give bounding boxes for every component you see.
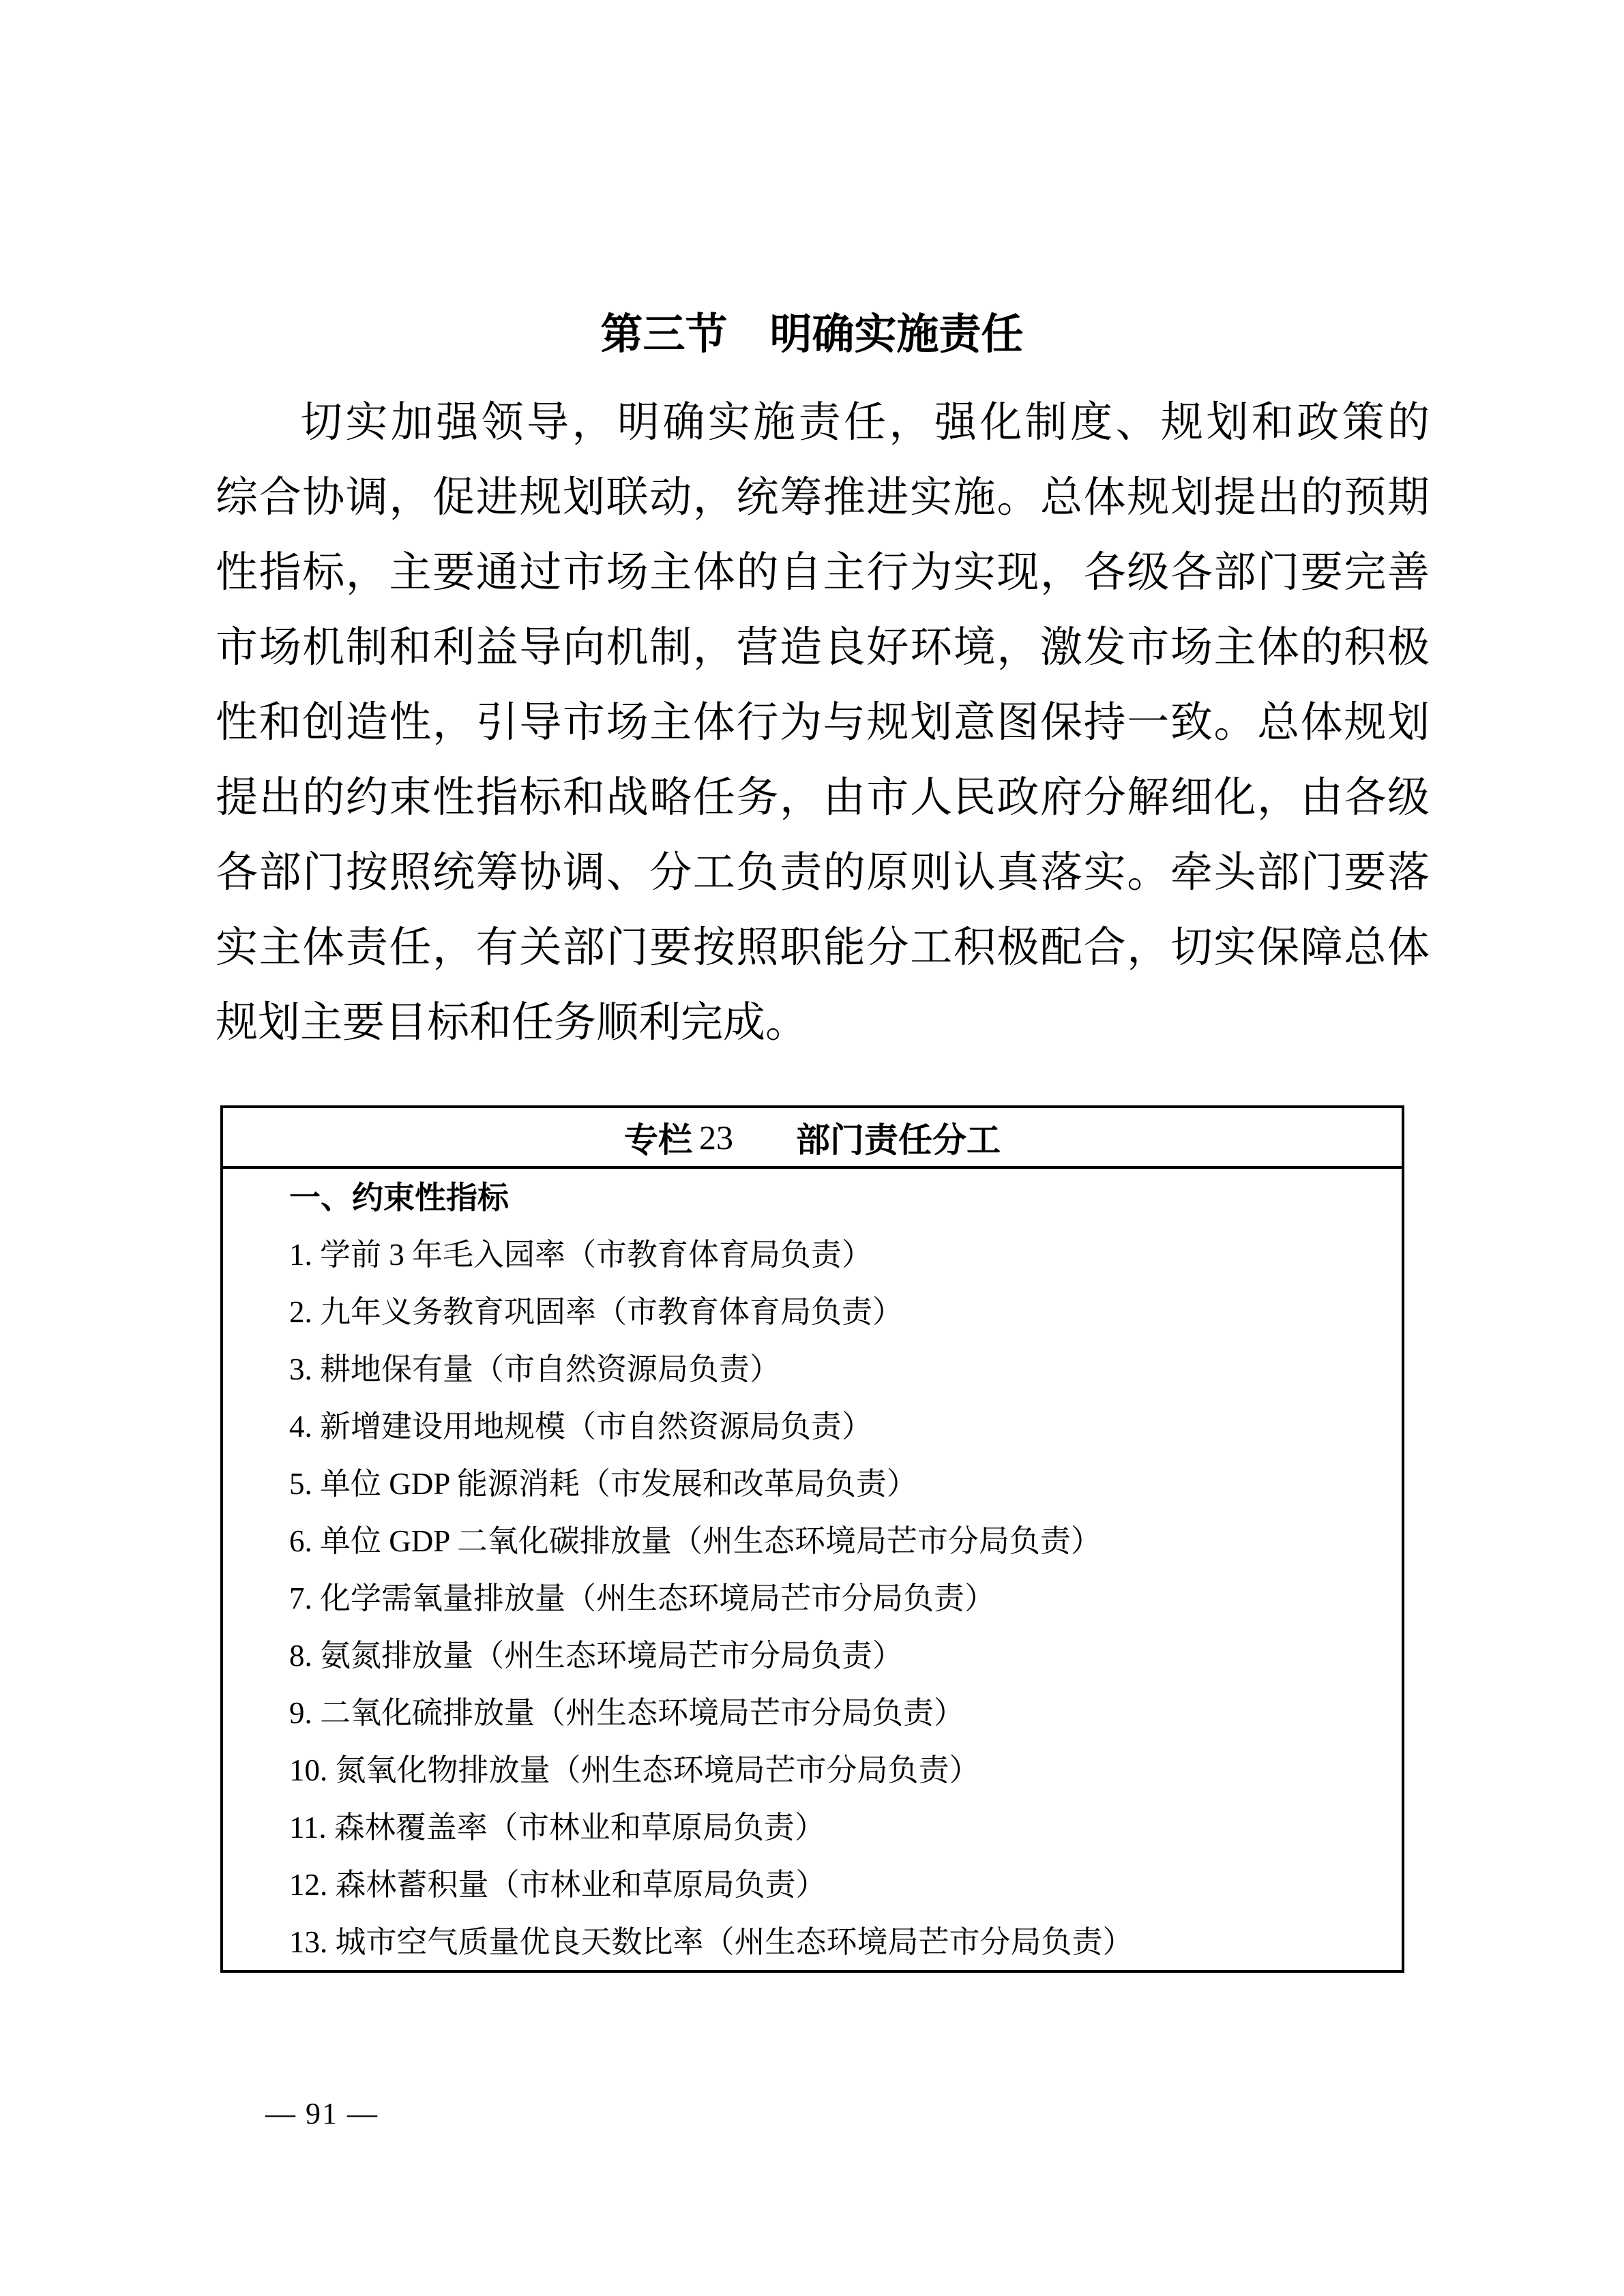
paragraph-line: 切实加强领导，明确实施责任，强化制度、规划和政策的 — [216, 385, 1430, 460]
paragraph-line: 综合协调，促进规划联动，统筹推进实施。总体规划提出的预期 — [216, 460, 1430, 535]
panel-item: 9. 二氧化硫排放量（州生态环境局芒市分局负责） — [289, 1684, 1374, 1742]
panel-item: 8. 氨氮排放量（州生态环境局芒市分局负责） — [289, 1627, 1374, 1684]
panel-item: 4. 新增建设用地规模（市自然资源局负责） — [289, 1398, 1374, 1455]
paragraph-line: 提出的约束性指标和战略任务，由市人民政府分解细化，由各级 — [216, 760, 1430, 835]
paragraph-line: 规划主要目标和任务顺利完成。 — [216, 985, 1430, 1060]
paragraph-line: 性和创造性，引导市场主体行为与规划意图保持一致。总体规划 — [216, 685, 1430, 760]
panel-label: 专栏 — [624, 1113, 692, 1162]
panel-item: 1. 学前 3 年毛入园率（市教育体育局负责） — [289, 1226, 1374, 1283]
panel-item: 3. 耕地保有量（市自然资源局负责） — [289, 1341, 1374, 1398]
panel-subheading: 一、约束性指标 — [289, 1169, 1374, 1226]
panel-item: 7. 化学需氧量排放量（州生态环境局芒市分局负责） — [289, 1570, 1374, 1627]
panel-item: 13. 城市空气质量优良天数比率（州生态环境局芒市分局负责） — [289, 1913, 1374, 1971]
document-page: 第三节 明确实施责任 切实加强领导，明确实施责任，强化制度、规划和政策的 综合协… — [0, 0, 1624, 2296]
paragraph-line: 市场机制和利益导向机制，营造良好环境，激发市场主体的积极 — [216, 610, 1430, 685]
paragraph-line: 各部门按照统筹协调、分工负责的原则认真落实。牵头部门要落 — [216, 835, 1430, 910]
panel-item: 12. 森林蓄积量（市林业和草原局负责） — [289, 1856, 1374, 1913]
panel-item: 6. 单位 GDP 二氧化碳排放量（州生态环境局芒市分局负责） — [289, 1512, 1374, 1570]
panel-item: 11. 森林覆盖率（市林业和草原局负责） — [289, 1799, 1374, 1856]
panel-title: 部门责任分工 — [796, 1113, 1001, 1162]
page-number: — 91 — — [265, 2095, 379, 2133]
responsibility-panel: 专栏 23 部门责任分工 一、约束性指标 1. 学前 3 年毛入园率（市教育体育… — [220, 1105, 1404, 1973]
panel-body: 一、约束性指标 1. 学前 3 年毛入园率（市教育体育局负责） 2. 九年义务教… — [223, 1169, 1402, 1971]
panel-header: 专栏 23 部门责任分工 — [223, 1108, 1402, 1169]
panel-item: 2. 九年义务教育巩固率（市教育体育局负责） — [289, 1283, 1374, 1341]
paragraph-line: 实主体责任，有关部门要按照职能分工积极配合，切实保障总体 — [216, 910, 1430, 985]
panel-number: 23 — [699, 1118, 733, 1157]
panel-item: 10. 氮氧化物排放量（州生态环境局芒市分局负责） — [289, 1742, 1374, 1799]
body-paragraph: 切实加强领导，明确实施责任，强化制度、规划和政策的 综合协调，促进规划联动，统筹… — [216, 385, 1430, 1060]
paragraph-line: 性指标，主要通过市场主体的自主行为实现，各级各部门要完善 — [216, 535, 1430, 610]
panel-item: 5. 单位 GDP 能源消耗（市发展和改革局负责） — [289, 1455, 1374, 1512]
section-title: 第三节 明确实施责任 — [0, 303, 1624, 366]
